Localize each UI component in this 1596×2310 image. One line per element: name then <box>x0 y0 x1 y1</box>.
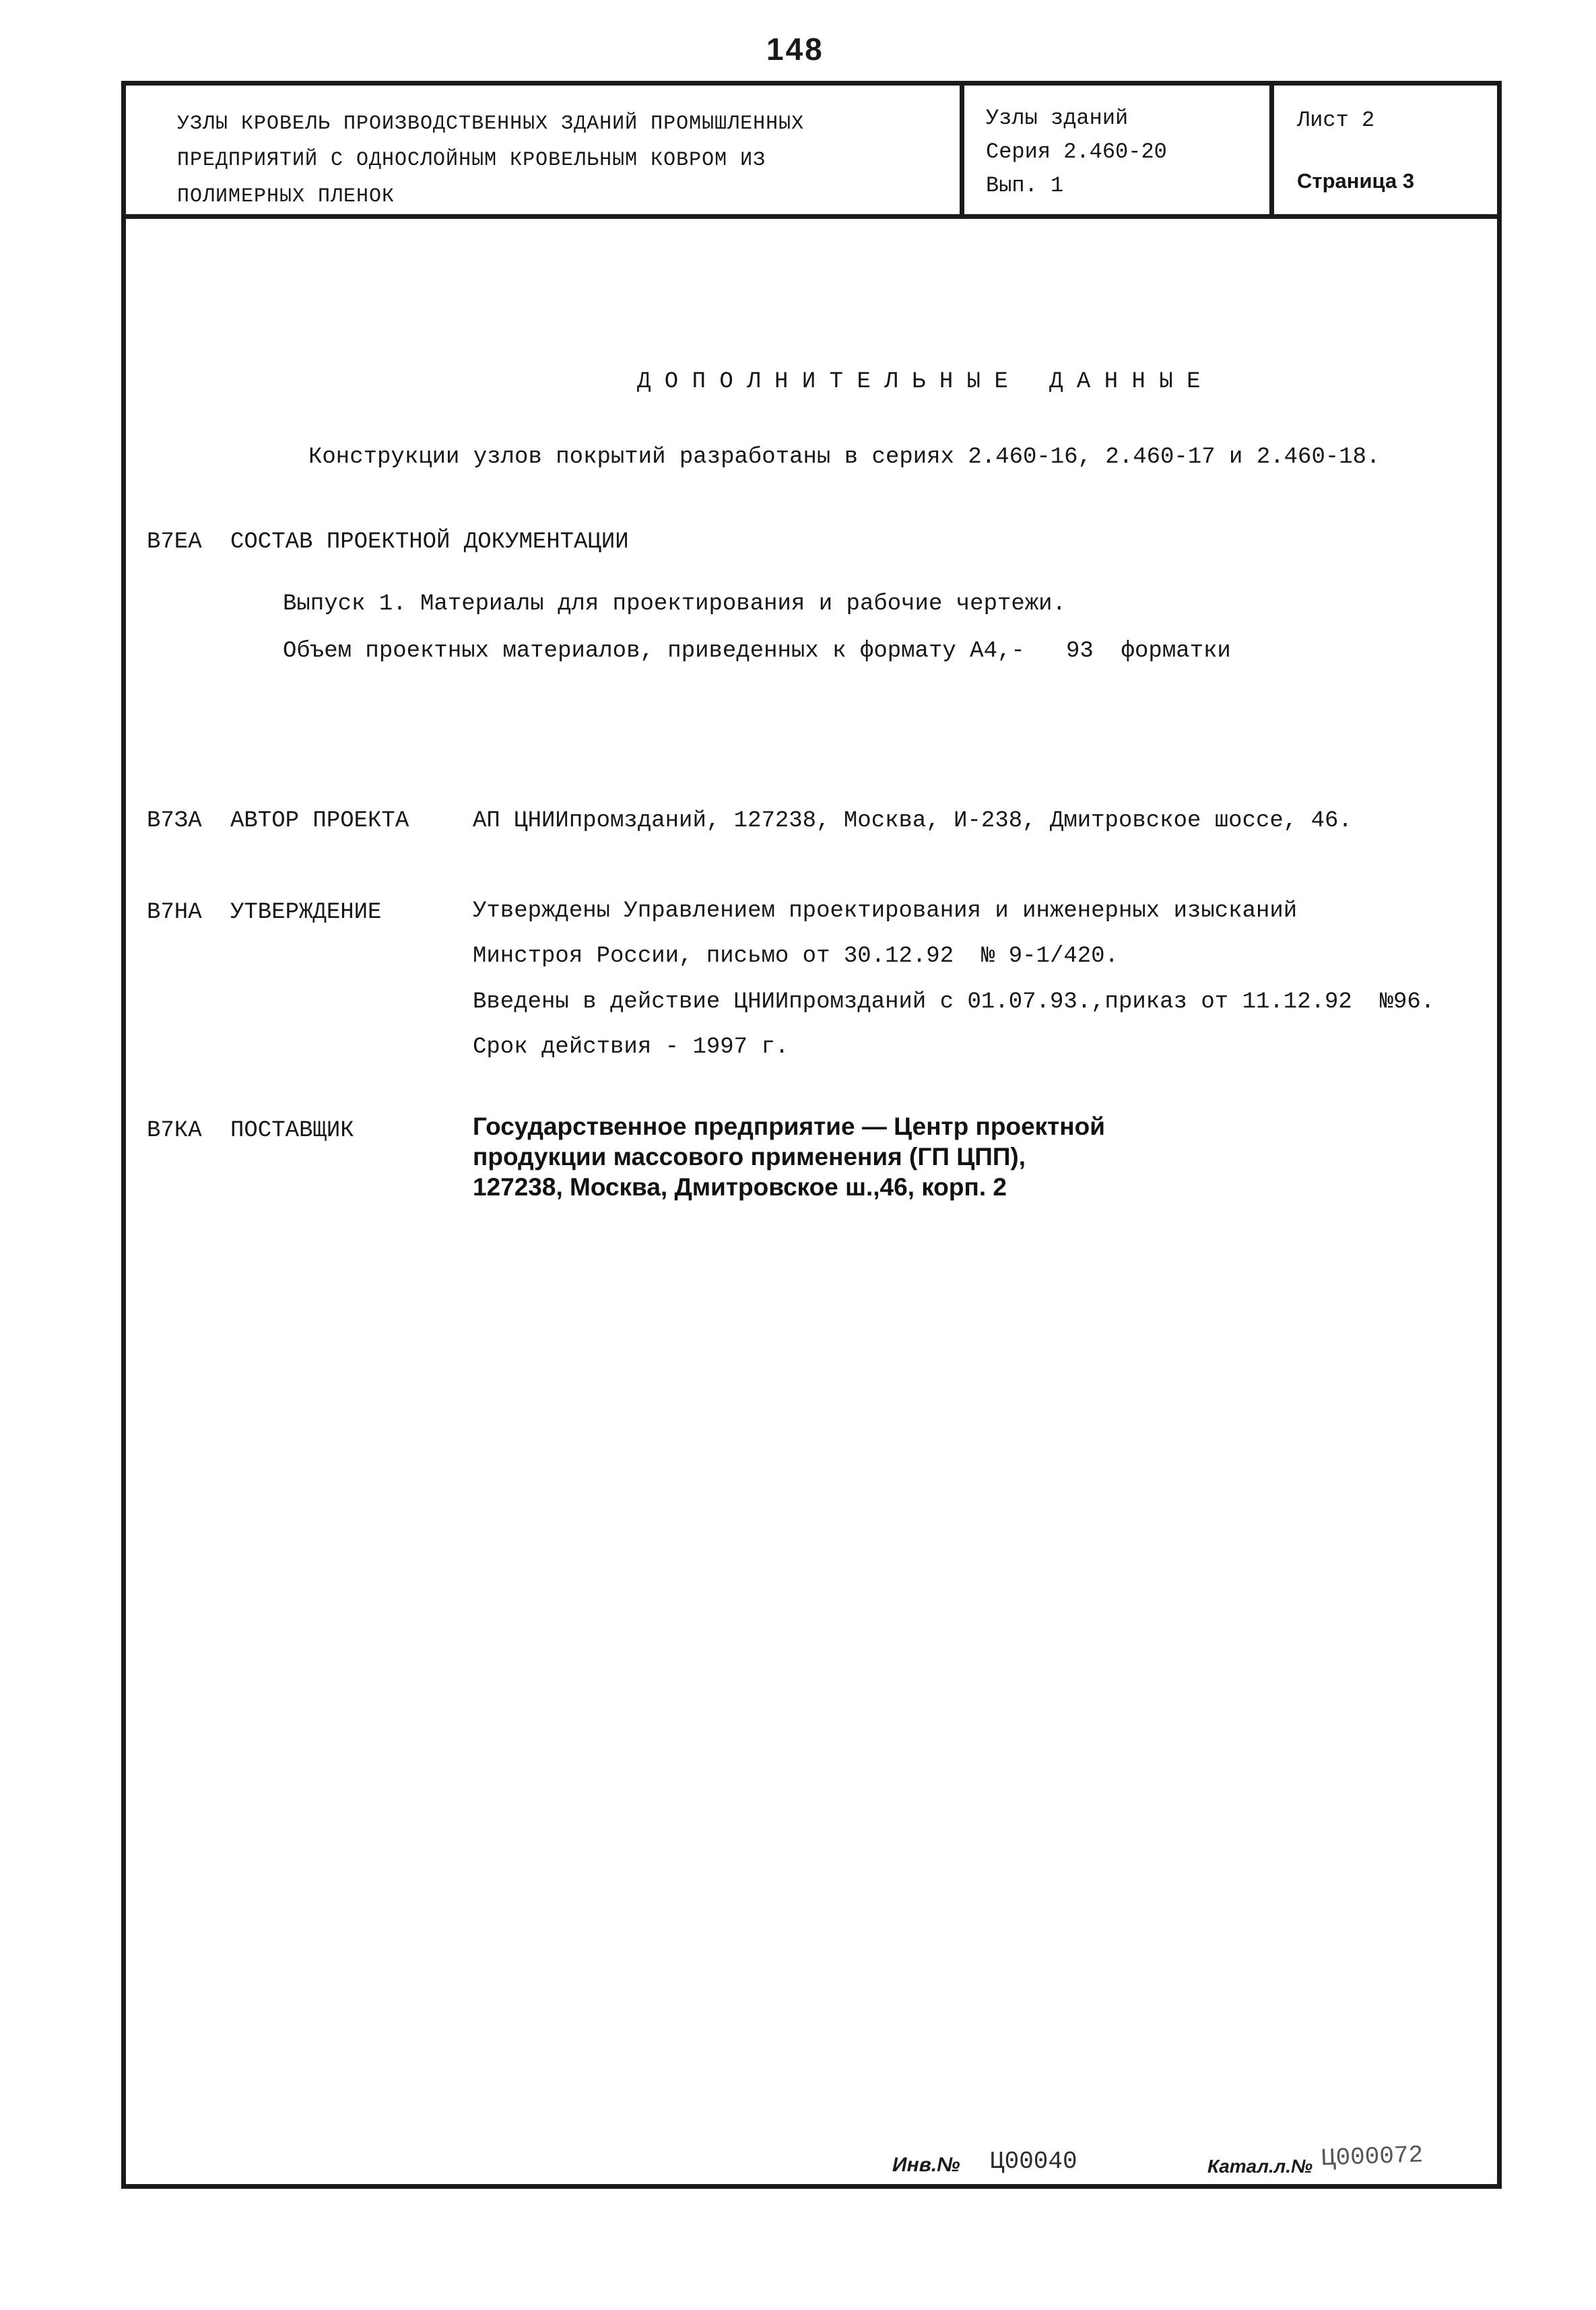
intro-paragraph: Конструкции узлов покрытий разработаны в… <box>308 444 1380 471</box>
approval-line-4: Срок действия - 1997 г. <box>473 1034 789 1061</box>
catalog-number-value: Ц000072 <box>1321 2143 1423 2171</box>
header-series-number: Серия 2.460-20 <box>986 135 1269 169</box>
header-sheet-number: Лист 2 <box>1297 103 1497 138</box>
inventory-number-value: Ц00040 <box>990 2150 1077 2174</box>
header-series-name: Узлы зданий <box>986 102 1269 135</box>
section-title-design-docs: СОСТАВ ПРОЕКТНОЙ ДОКУМЕНТАЦИИ <box>230 529 629 556</box>
inventory-number-label: Инв.№ <box>892 2155 960 2175</box>
header-title-line-3: ПОЛИМЕРНЫХ ПЛЕНОК <box>177 178 960 215</box>
section-code-design-docs: В7ЕА <box>147 529 202 556</box>
section-code-approval: В7НА <box>147 900 202 926</box>
header-title-line-2: ПРЕДПРИЯТИЙ С ОДНОСЛОЙНЫМ КРОВЕЛЬНЫМ КОВ… <box>177 142 960 178</box>
section-title-supplier: ПОСТАВЩИК <box>230 1118 354 1144</box>
approval-line-3: Введены в действие ЦНИИпромзданий с 01.0… <box>473 989 1434 1016</box>
section-code-supplier: В7КА <box>147 1118 202 1144</box>
header-page-number: Страница 3 <box>1297 164 1497 199</box>
design-docs-line-2: Объем проектных материалов, приведенных … <box>283 638 1231 665</box>
supplier-line-2: продукции массового применения (ГП ЦПП), <box>473 1144 1026 1171</box>
approval-line-2: Минстроя России, письмо от 30.12.92 № 9-… <box>473 944 1119 970</box>
supplier-line-1: Государственное предприятие — Центр прое… <box>473 1113 1105 1141</box>
section-heading-additional-data: Д О П О Л Н И Т Е Л Ь Н Ы Е Д А Н Н Ы Е <box>637 369 1201 395</box>
header-series-issue: Вып. 1 <box>986 169 1269 203</box>
header-table: УЗЛЫ КРОВЕЛЬ ПРОИЗВОДСТВЕННЫХ ЗДАНИЙ ПРО… <box>126 86 1497 219</box>
page-number: 148 <box>766 34 824 65</box>
supplier-line-3: 127238, Москва, Дмитровское ш.,46, корп.… <box>473 1174 1007 1201</box>
author-line-1: АП ЦНИИпромзданий, 127238, Москва, И-238… <box>473 808 1352 834</box>
approval-line-1: Утверждены Управлением проектирования и … <box>473 898 1297 925</box>
design-docs-line-1: Выпуск 1. Материалы для проектирования и… <box>283 591 1066 618</box>
header-series-cell: Узлы зданий Серия 2.460-20 Вып. 1 <box>960 86 1269 214</box>
header-title-line-1: УЗЛЫ КРОВЕЛЬ ПРОИЗВОДСТВЕННЫХ ЗДАНИЙ ПРО… <box>177 106 960 142</box>
section-title-approval: УТВЕРЖДЕНИЕ <box>230 900 381 926</box>
scanned-document-page: 148 УЗЛЫ КРОВЕЛЬ ПРОИЗВОДСТВЕННЫХ ЗДАНИЙ… <box>0 0 1596 2310</box>
section-title-author: АВТОР ПРОЕКТА <box>230 808 409 834</box>
header-title-cell: УЗЛЫ КРОВЕЛЬ ПРОИЗВОДСТВЕННЫХ ЗДАНИЙ ПРО… <box>126 86 960 214</box>
section-code-author: В7ЗА <box>147 808 202 834</box>
header-sheet-cell: Лист 2 Страница 3 <box>1269 86 1497 214</box>
catalog-number-label: Катал.л.№ <box>1207 2157 1312 2176</box>
